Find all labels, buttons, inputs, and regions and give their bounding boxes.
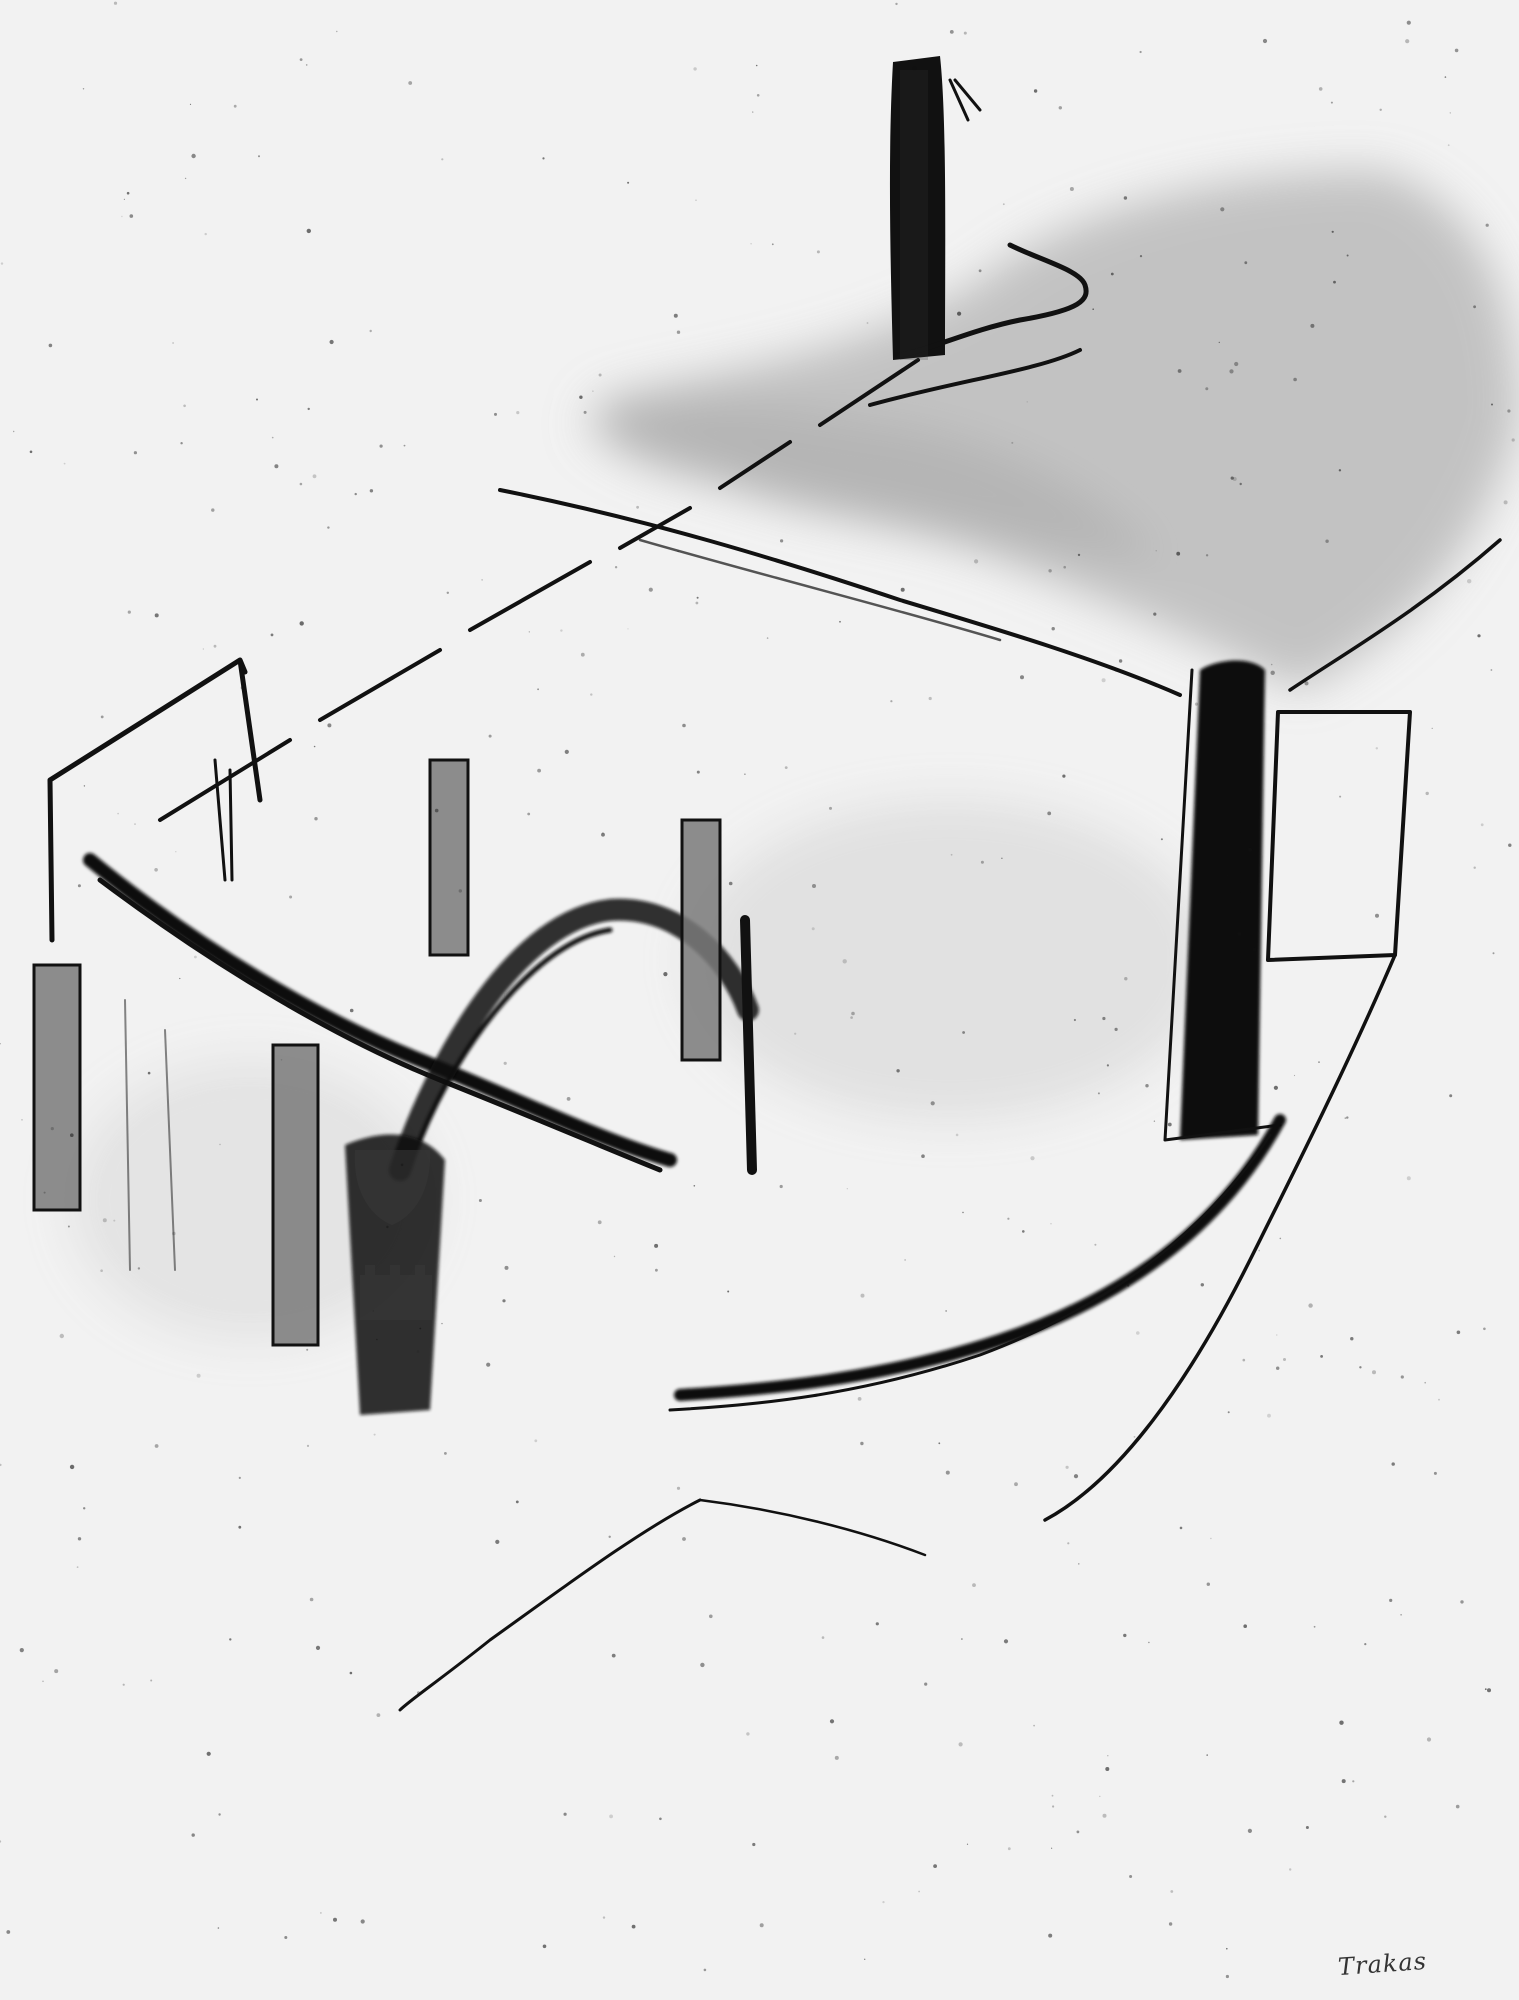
castle-icon-top [900,70,928,360]
castle-icon [360,1265,432,1320]
drawing [0,0,1519,2000]
mid-wash [70,800,1210,1340]
left-frame [50,660,260,940]
horizon-line-2 [640,540,1000,640]
bottom-corner-lines [400,1500,925,1710]
artwork-canvas: Trakas [0,0,1519,2000]
upper-wash [580,170,1519,690]
watermark [355,70,928,1320]
